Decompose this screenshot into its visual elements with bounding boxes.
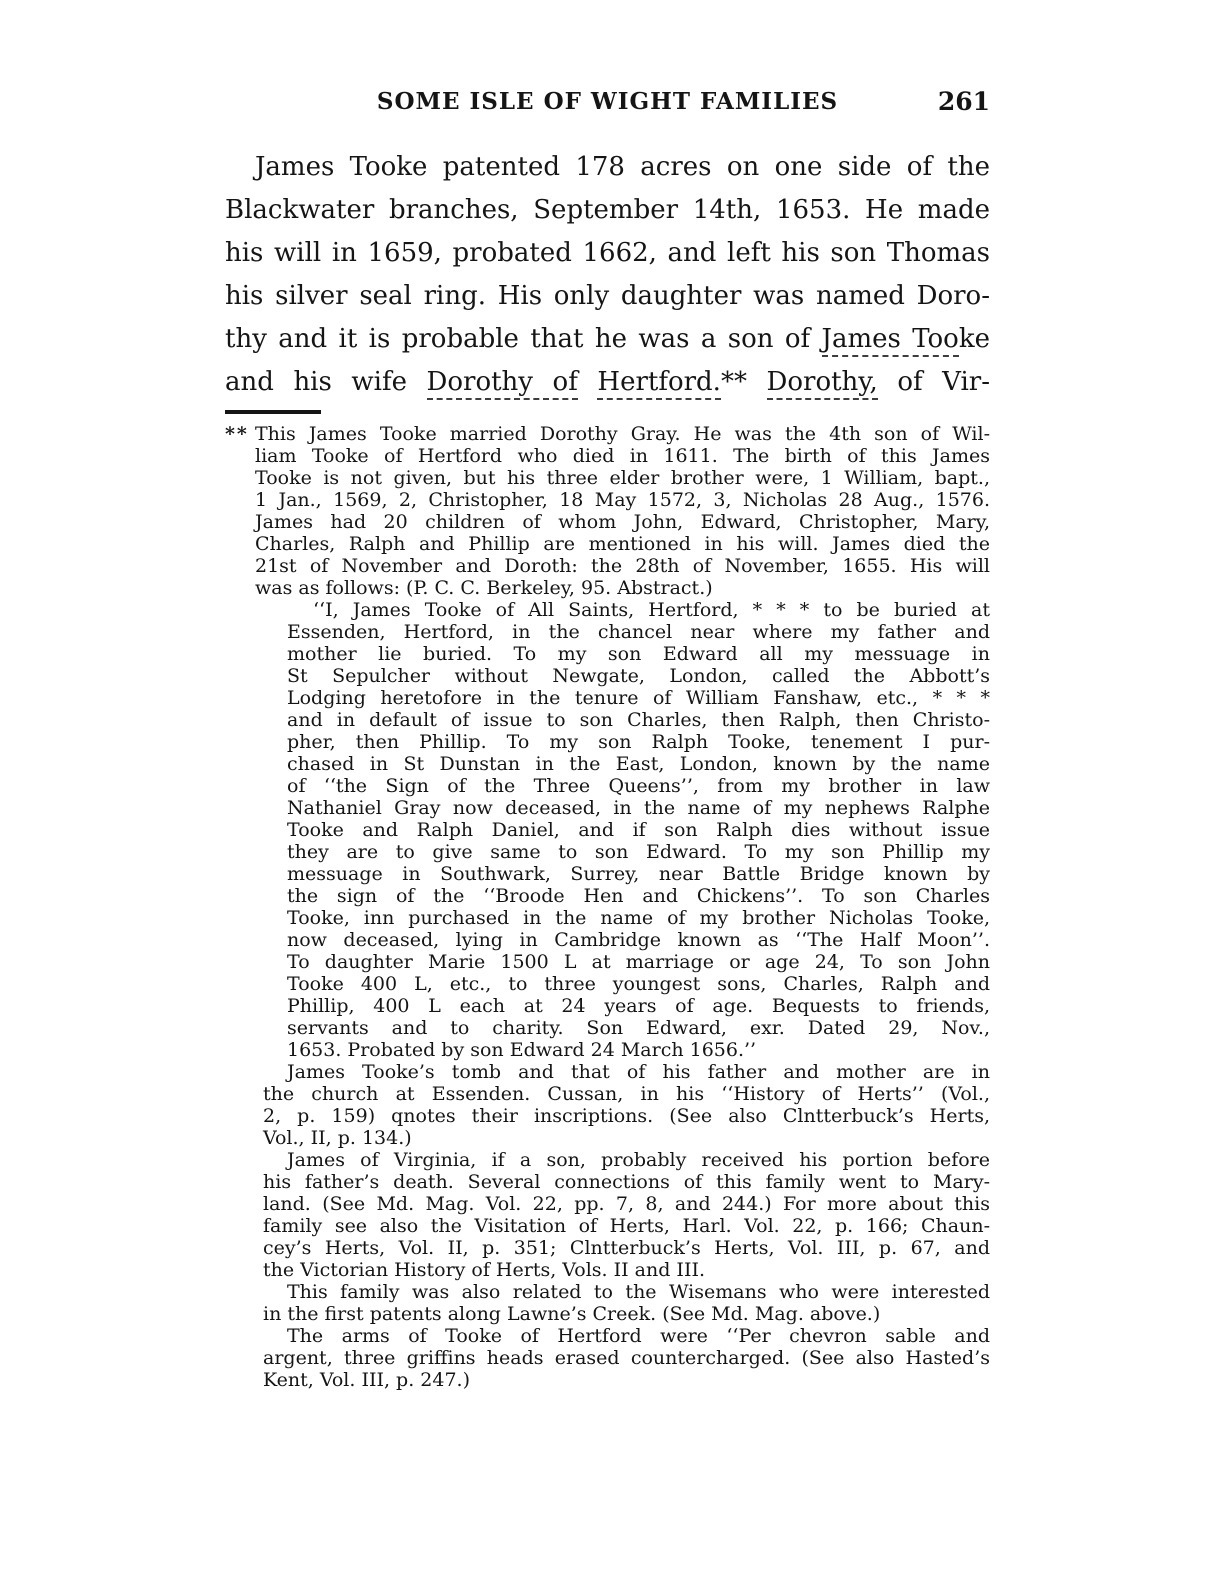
footnote-text-line: Vol., II, p. 134.) [263,1127,990,1149]
main-text-line: thy and it is probable that he was a son… [225,318,990,361]
text-segment: the Victorian History of Herts, Vols. II… [263,1259,705,1281]
text-segment: and in default of issue to son Charles, … [287,709,990,731]
text-segment: ‘‘I, James Tooke of All Saints, Hertford… [313,599,990,621]
text-segment: cey’s Herts, Vol. II, p. 351; Clntterbuc… [263,1237,990,1259]
text-segment: Kent, Vol. III, p. 247.) [263,1369,470,1391]
text-segment: This James Tooke married Dorothy Gray. H… [255,423,990,445]
footnote-text-line: mother lie buried. To my son Edward all … [287,643,990,665]
text-segment: land. (See Md. Mag. Vol. 22, pp. 7, 8, a… [263,1193,990,1215]
footnote-paragraph: ‘‘I, James Tooke of All Saints, Hertford… [225,599,990,1061]
text-segment: Charles, Ralph and Phillip are mentioned… [255,533,990,555]
footnote-text-line: now deceased, lying in Cambridge known a… [287,929,990,951]
footnote-paragraph: **This James Tooke married Dorothy Gray.… [225,423,990,599]
footnote-text-line: and in default of issue to son Charles, … [287,709,990,731]
text-segment [578,367,598,397]
footnote-marker: ** [225,423,249,445]
footnote-rule [225,410,321,414]
running-title: SOME ISLE OF WIGHT FAMILIES [225,86,990,118]
text-segment: liam Tooke of Hertford who died in 1611.… [255,445,990,467]
footnote-text-line: Essenden, Hertford, in the chancel near … [287,621,990,643]
text-segment: Nathaniel Gray now deceased, in the name… [287,797,990,819]
footnote-text-line: was as follows: (P. C. C. Berkeley, 95. … [255,577,990,599]
text-segment: now deceased, lying in Cambridge known a… [287,929,990,951]
text-segment: servants and to charity. Son Edward, exr… [287,1017,990,1039]
footnote-paragraph: The arms of Tooke of Hertford were ‘‘Per… [225,1325,990,1391]
text-segment: ke [959,324,990,354]
footnote-text-line: 1653. Probated by son Edward 24 March 16… [287,1039,990,1061]
footnote-text-line: This family was also related to the Wise… [263,1281,990,1303]
text-segment: 21st of November and Doroth: the 28th of… [255,555,990,577]
footnote-text-line: they are to give same to son Edward. To … [287,841,990,863]
page-header: SOME ISLE OF WIGHT FAMILIES 261 [225,86,990,118]
footnote-text-line: Tooke 400 L, etc., to three youngest son… [287,973,990,995]
text-segment: his father’s death. Several connections … [263,1171,990,1193]
footnote-paragraph: This family was also related to the Wise… [225,1281,990,1325]
text-segment: they are to give same to son Edward. To … [287,841,990,863]
text-segment: the sign of the ‘‘Broode Hen and Chicken… [287,885,990,907]
footnote-text-line: of ‘‘the Sign of the Three Queens’’, fro… [287,775,990,797]
text-segment: To daughter Marie 1500 L at marriage or … [287,951,990,973]
footnote-text-line: James of Virginia, if a son, probably re… [263,1149,990,1171]
text-segment: James of Virginia, if a son, probably re… [287,1149,990,1171]
text-segment: pher, then Phillip. To my son Ralph Took… [287,731,990,753]
text-segment: Tooke, inn purchased in the name of my b… [287,907,990,929]
text-segment: of Vir- [878,367,990,397]
footnote-text-line: Lodging heretofore in the tenure of Will… [287,687,990,709]
main-text-line: his will in 1659, probated 1662, and lef… [225,232,990,275]
text-segment: family see also the Visitation of Herts,… [263,1215,990,1237]
footnote-text-line: messuage in Southwark, Surrey, near Batt… [287,863,990,885]
text-segment: in the first patents along Lawne’s Creek… [263,1303,880,1325]
footnote-text-line: the church at Essenden. Cussan, in his ‘… [263,1083,990,1105]
text-segment: his silver seal ring. His only daughter … [225,281,990,311]
footnote-text-line: James had 20 children of whom John, Edwa… [255,511,990,533]
text-segment: was as follows: (P. C. C. Berkeley, 95. … [255,577,713,599]
text-segment: 2, p. 159) qnotes their inscriptions. (S… [263,1105,990,1127]
text-segment: Lodging heretofore in the tenure of Will… [287,687,990,709]
text-segment: Vol., II, p. 134.) [263,1127,412,1149]
text-segment: Blackwater branches, September 14th, 165… [225,195,990,225]
text-segment: St Sepulcher without Newgate, London, ca… [287,665,990,687]
footnote-text-line: Tooke is not given, but his three elder … [255,467,990,489]
text-column: SOME ISLE OF WIGHT FAMILIES 261 James To… [225,0,990,1391]
underline-artifact: James Too [822,324,959,357]
text-segment: Essenden, Hertford, in the chancel near … [287,621,990,643]
text-segment: This family was also related to the Wise… [287,1281,990,1303]
footnote-text-line: **This James Tooke married Dorothy Gray.… [255,423,990,445]
footnote-text-line: servants and to charity. Son Edward, exr… [287,1017,990,1039]
text-segment: 1 Jan., 1569, 2, Christopher, 18 May 157… [255,489,990,511]
footnote-text-line: To daughter Marie 1500 L at marriage or … [287,951,990,973]
text-segment: Tooke 400 L, etc., to three youngest son… [287,973,990,995]
footnote-text-line: Tooke and Ralph Daniel, and if son Ralph… [287,819,990,841]
main-text-line: James Tooke patented 178 acres on one si… [225,146,990,189]
footnote-text-line: Kent, Vol. III, p. 247.) [263,1369,990,1391]
footnote-block: **This James Tooke married Dorothy Gray.… [225,423,990,1391]
text-segment: his will in 1659, probated 1662, and lef… [225,238,990,268]
text-segment: Tooke and Ralph Daniel, and if son Ralph… [287,819,990,841]
text-segment: argent, three griffins heads erased coun… [263,1347,990,1369]
footnote-text-line: the Victorian History of Herts, Vols. II… [263,1259,990,1281]
main-text-line: Blackwater branches, September 14th, 165… [225,189,990,232]
text-segment: Tooke is not given, but his three elder … [255,467,990,489]
footnote-text-line: St Sepulcher without Newgate, London, ca… [287,665,990,687]
footnote-text-line: Tooke, inn purchased in the name of my b… [287,907,990,929]
footnote-paragraph: James Tooke’s tomb and that of his fathe… [225,1061,990,1149]
underline-artifact: Hertford. [597,367,721,400]
footnote-text-line: argent, three griffins heads erased coun… [263,1347,990,1369]
text-segment: James had 20 children of whom John, Edwa… [255,511,990,533]
footnote-paragraph: James of Virginia, if a son, probably re… [225,1149,990,1281]
footnote-text-line: in the first patents along Lawne’s Creek… [263,1303,990,1325]
main-text-line: his silver seal ring. His only daughter … [225,275,990,318]
text-segment: Phillip, 400 L each at 24 years of age. … [287,995,990,1017]
text-segment: messuage in Southwark, Surrey, near Batt… [287,863,990,885]
footnote-text-line: pher, then Phillip. To my son Ralph Took… [287,731,990,753]
text-segment: mother lie buried. To my son Edward all … [287,643,990,665]
text-segment: James Tooke patented 178 acres on one si… [255,152,990,182]
footnote-text-line: land. (See Md. Mag. Vol. 22, pp. 7, 8, a… [263,1193,990,1215]
footnote-text-line: Phillip, 400 L each at 24 years of age. … [287,995,990,1017]
footnote-text-line: cey’s Herts, Vol. II, p. 351; Clntterbuc… [263,1237,990,1259]
text-segment: 1653. Probated by son Edward 24 March 16… [287,1039,756,1061]
text-segment: James Tooke’s tomb and that of his fathe… [287,1061,990,1083]
text-segment: and his wife [225,367,427,397]
text-segment: of ‘‘the Sign of the Three Queens’’, fro… [287,775,990,797]
page-number: 261 [938,86,990,118]
text-segment: The arms of Tooke of Hertford were ‘‘Per… [287,1325,990,1347]
footnote-text-line: ‘‘I, James Tooke of All Saints, Hertford… [287,599,990,621]
footnote-text-line: 1 Jan., 1569, 2, Christopher, 18 May 157… [255,489,990,511]
footnote-text-line: James Tooke’s tomb and that of his fathe… [263,1061,990,1083]
text-segment: thy and it is probable that he was a son… [225,324,822,354]
footnote-text-line: liam Tooke of Hertford who died in 1611.… [255,445,990,467]
text-segment: ** [721,367,767,397]
footnote-text-line: the sign of the ‘‘Broode Hen and Chicken… [287,885,990,907]
underline-artifact: Dorothy, [767,367,878,400]
footnote-text-line: Charles, Ralph and Phillip are mentioned… [255,533,990,555]
text-segment: the church at Essenden. Cussan, in his ‘… [263,1083,990,1105]
footnote-text-line: Nathaniel Gray now deceased, in the name… [287,797,990,819]
footnote-text-line: chased in St Dunstan in the East, London… [287,753,990,775]
footnote-text-line: 2, p. 159) qnotes their inscriptions. (S… [263,1105,990,1127]
text-segment: chased in St Dunstan in the East, London… [287,753,990,775]
main-paragraph: James Tooke patented 178 acres on one si… [225,146,990,404]
footnote-text-line: The arms of Tooke of Hertford were ‘‘Per… [263,1325,990,1347]
footnote-text-line: 21st of November and Doroth: the 28th of… [255,555,990,577]
underline-artifact: Dorothy of [427,367,578,400]
main-text-line: and his wife Dorothy of Hertford.** Doro… [225,361,990,404]
footnote-text-line: family see also the Visitation of Herts,… [263,1215,990,1237]
footnote-text-line: his father’s death. Several connections … [263,1171,990,1193]
